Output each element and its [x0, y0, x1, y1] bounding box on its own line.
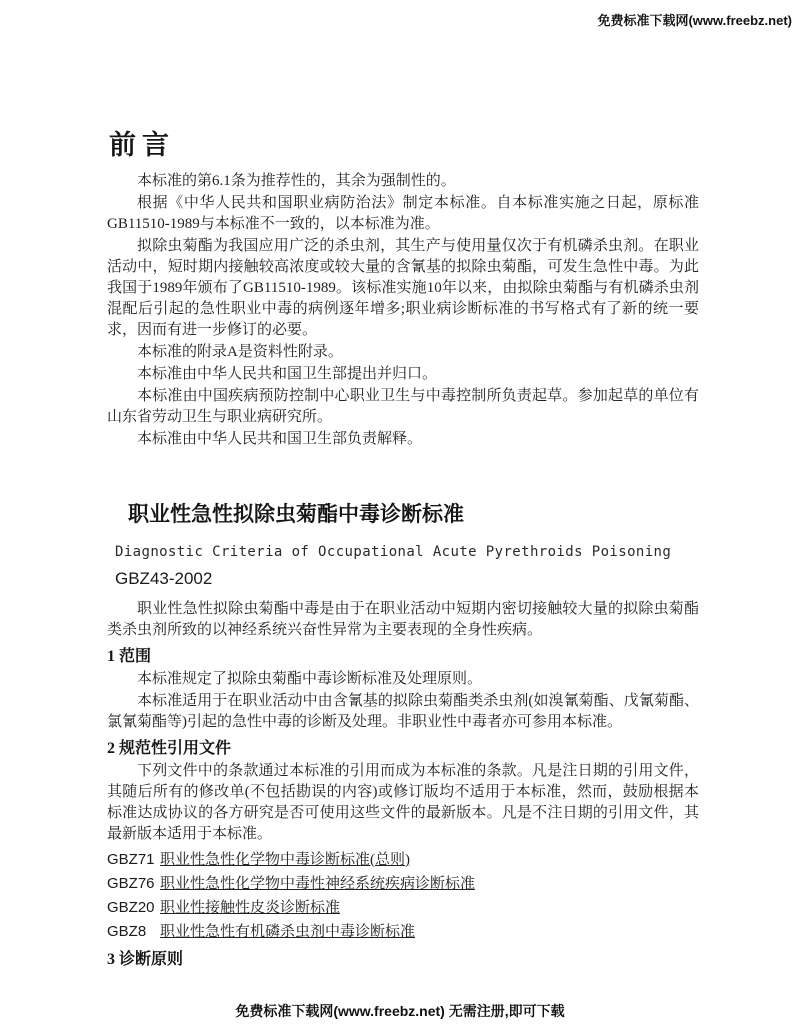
- section-paragraph: 下列文件中的条款通过本标准的引用而成为本标准的条款。凡是注日期的引用文件，其随后…: [107, 761, 699, 845]
- reference-link[interactable]: 职业性急性化学物中毒诊断标准(总则): [160, 852, 410, 868]
- standard-number: GBZ43-2002: [115, 568, 699, 590]
- standard-title-zh: 职业性急性拟除虫菊酯中毒诊断标准: [128, 500, 699, 528]
- reference-item: GBZ20职业性接触性皮炎诊断标准: [107, 896, 699, 920]
- standard-intro-paragraph: 职业性急性拟除虫菊酯中毒是由于在职业活动中短期内密切接触较大量的拟除虫菊酯类杀虫…: [107, 599, 699, 641]
- reference-code: GBZ71: [107, 848, 160, 871]
- site-watermark-bottom: 免费标准下载网(www.freebz.net) 无需注册,即可下载: [0, 1001, 800, 1021]
- foreword-paragraph: 本标准由中华人民共和国卫生部负责解释。: [107, 429, 699, 450]
- reference-code: GBZ20: [107, 896, 160, 919]
- foreword-paragraph: 拟除虫菊酯为我国应用广泛的杀虫剂，其生产与使用量仅次于有机磷杀虫剂。在职业活动中…: [107, 236, 699, 341]
- reference-link[interactable]: 职业性急性有机磷杀虫剂中毒诊断标准: [160, 924, 415, 940]
- standard-document-page: 免费标准下载网(www.freebz.net) 前言 本标准的第6.1条为推荐性…: [0, 0, 800, 1035]
- reference-link[interactable]: 职业性接触性皮炎诊断标准: [160, 900, 340, 916]
- reference-link[interactable]: 职业性急性化学物中毒性神经系统疾病诊断标准: [160, 876, 475, 892]
- foreword-paragraph: 本标准由中华人民共和国卫生部提出并归口。: [107, 364, 699, 385]
- section-paragraph: 本标准适用于在职业活动中由含氰基的拟除虫菊酯类杀虫剂(如溴氰菊酯、戊氰菊酯、氯氰…: [107, 691, 699, 733]
- foreword-heading: 前言: [109, 128, 699, 162]
- section-heading-scope: 1 范围: [107, 646, 699, 667]
- foreword-paragraph: 本标准的附录A是资料性附录。: [107, 342, 699, 363]
- standard-title-en: Diagnostic Criteria of Occupational Acut…: [115, 543, 699, 561]
- section-heading-diagnostic-principles: 3 诊断原则: [107, 949, 699, 970]
- section-heading-normative-references: 2 规范性引用文件: [107, 738, 699, 759]
- foreword-paragraph: 本标准由中国疾病预防控制中心职业卫生与中毒控制所负责起草。参加起草的单位有山东省…: [107, 386, 699, 428]
- reference-code: GBZ76: [107, 872, 160, 895]
- reference-item: GBZ71职业性急性化学物中毒诊断标准(总则): [107, 848, 699, 872]
- page-content: 前言 本标准的第6.1条为推荐性的，其余为强制性的。 根据《中华人民共和国职业病…: [107, 0, 699, 972]
- reference-list: GBZ71职业性急性化学物中毒诊断标准(总则) GBZ76职业性急性化学物中毒性…: [107, 848, 699, 944]
- foreword-paragraph: 根据《中华人民共和国职业病防治法》制定本标准。自本标准实施之日起，原标准GB11…: [107, 193, 699, 235]
- standard-title-block: 职业性急性拟除虫菊酯中毒诊断标准 Diagnostic Criteria of …: [107, 500, 699, 590]
- reference-item: GBZ8职业性急性有机磷杀虫剂中毒诊断标准: [107, 920, 699, 944]
- reference-item: GBZ76职业性急性化学物中毒性神经系统疾病诊断标准: [107, 872, 699, 896]
- foreword-paragraph: 本标准的第6.1条为推荐性的，其余为强制性的。: [107, 171, 699, 192]
- reference-code: GBZ8: [107, 920, 160, 943]
- section-paragraph: 本标准规定了拟除虫菊酯中毒诊断标准及处理原则。: [107, 669, 699, 690]
